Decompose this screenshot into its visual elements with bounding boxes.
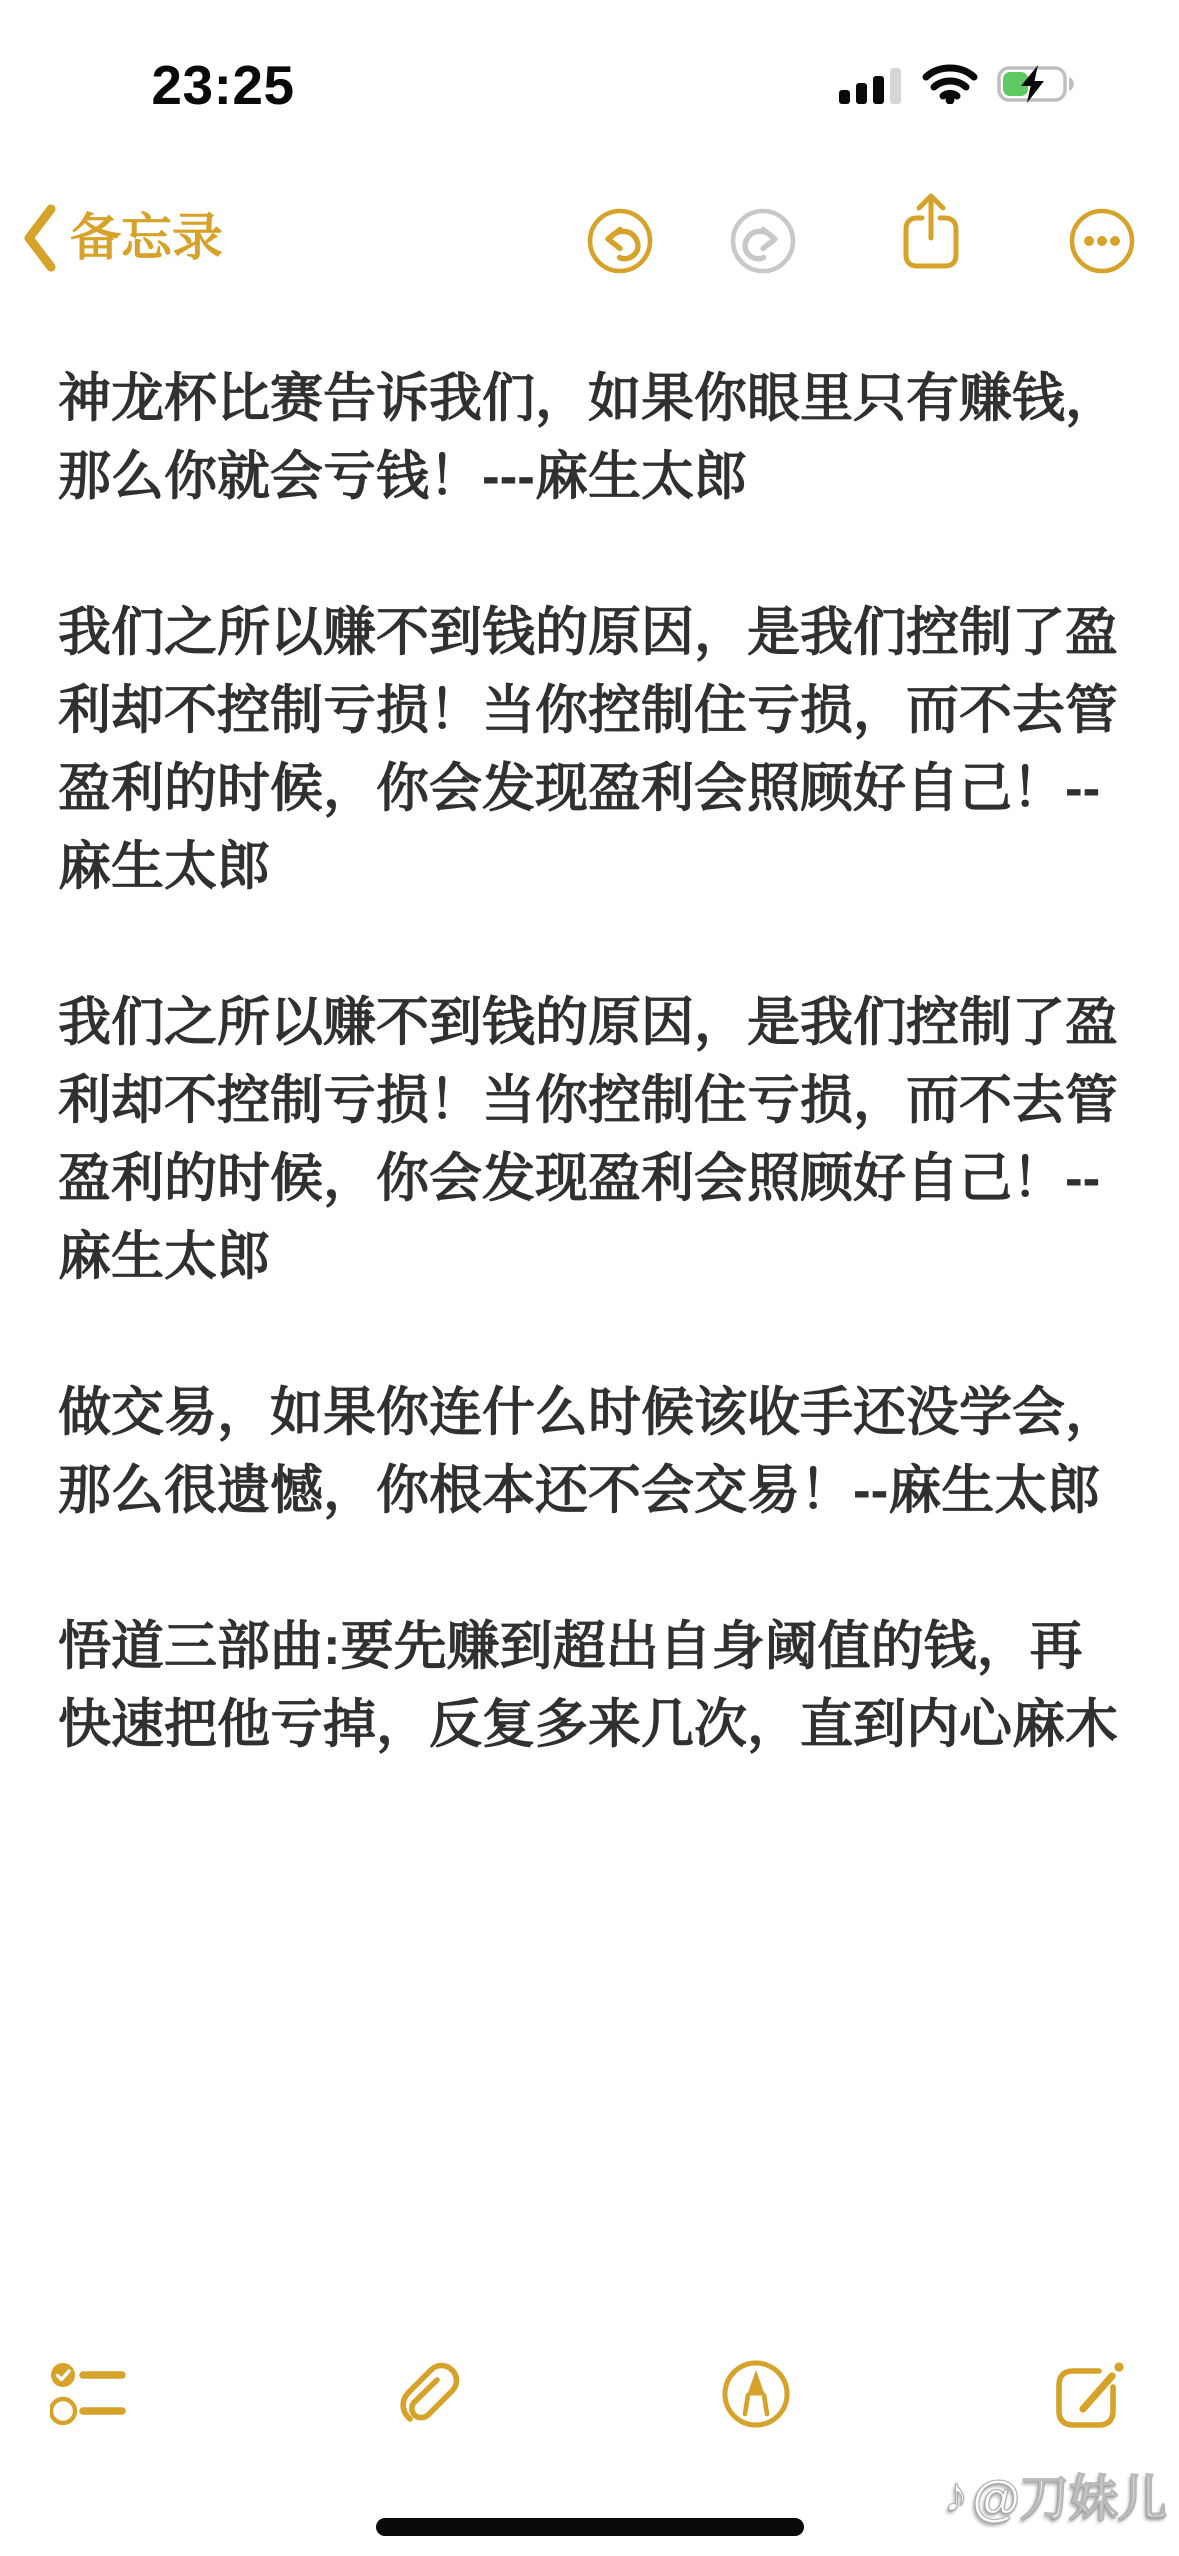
attachment-button[interactable]: [385, 2355, 463, 2433]
note-paragraph: 我们之所以赚不到钱的原因，是我们控制了盈 利却不控制亏损！当你控制住亏损，而不去…: [58, 594, 1149, 906]
note-text-line: 我们之所以赚不到钱的原因，是我们控制了盈: [58, 984, 1149, 1062]
music-note-icon: ♪: [944, 2467, 969, 2523]
note-paragraph: 神龙杯比赛告诉我们，如果你眼里只有赚钱， 那么你就会亏钱！---麻生太郎: [58, 360, 1149, 516]
watermark-text: @刀妹儿: [972, 2460, 1167, 2530]
note-paragraph: 我们之所以赚不到钱的原因，是我们控制了盈 利却不控制亏损！当你控制住亏损，而不去…: [58, 984, 1149, 1296]
note-text-line: 做交易，如果你连什么时候该收手还没学会，: [58, 1374, 1149, 1452]
note-text-line: 那么你就会亏钱！---麻生太郎: [58, 438, 1149, 516]
notes-app-screen: 23:25: [0, 0, 1179, 2556]
share-icon: [898, 190, 964, 274]
status-icons: [839, 62, 1081, 104]
note-editor[interactable]: 神龙杯比赛告诉我们，如果你眼里只有赚钱， 那么你就会亏钱！---麻生太郎 我们之…: [58, 360, 1149, 2328]
more-button[interactable]: [1066, 205, 1138, 277]
more-ellipsis-icon: [1066, 205, 1138, 277]
note-text-line: 麻生太郎: [58, 1218, 1149, 1296]
cellular-signal-icon: [839, 64, 903, 104]
back-button-label: 备忘录: [70, 198, 223, 278]
share-button[interactable]: [898, 190, 964, 274]
status-time: 23:25: [150, 56, 296, 114]
note-text-line: 我们之所以赚不到钱的原因，是我们控制了盈: [58, 594, 1149, 672]
note-text-line: 悟道三部曲:要先赚到超出自身阈值的钱，再: [58, 1608, 1149, 1686]
home-indicator[interactable]: [376, 2518, 804, 2536]
note-paragraph: 悟道三部曲:要先赚到超出自身阈值的钱，再 快速把他亏掉，反复多来几次，直到内心麻…: [58, 1608, 1149, 1764]
wifi-icon: [922, 64, 978, 104]
note-text-line: 神龙杯比赛告诉我们，如果你眼里只有赚钱，: [58, 360, 1149, 438]
note-text-line: 盈利的时候，你会发现盈利会照顾好自己！--: [58, 1140, 1149, 1218]
back-button[interactable]: 备忘录: [20, 198, 223, 278]
note-text-line: 利却不控制亏损！当你控制住亏损，而不去管: [58, 672, 1149, 750]
markup-pen-icon: [718, 2356, 794, 2432]
battery-charging-icon: [997, 64, 1081, 104]
note-text-line: 麻生太郎: [58, 828, 1149, 906]
paperclip-icon: [385, 2355, 463, 2433]
redo-icon: [727, 205, 799, 277]
note-text-line: 盈利的时候，你会发现盈利会照顾好自己！--: [58, 750, 1149, 828]
compose-icon: [1049, 2351, 1135, 2437]
markup-button[interactable]: [718, 2356, 794, 2432]
note-text-line: 快速把他亏掉，反复多来几次，直到内心麻木: [58, 1686, 1149, 1764]
note-text-line: 利却不控制亏损！当你控制住亏损，而不去管: [58, 1062, 1149, 1140]
note-text-line: 那么很遗憾，你根本还不会交易！--麻生太郎: [58, 1452, 1149, 1530]
watermark: ♪ @刀妹儿: [944, 2460, 1167, 2530]
note-paragraph: 做交易，如果你连什么时候该收手还没学会， 那么很遗憾，你根本还不会交易！--麻生…: [58, 1374, 1149, 1530]
checklist-icon: [50, 2358, 130, 2430]
undo-button[interactable]: [584, 205, 656, 277]
checklist-button[interactable]: [50, 2358, 130, 2430]
bottom-toolbar: [0, 2348, 1179, 2440]
back-chevron-icon: [20, 203, 58, 273]
compose-button[interactable]: [1049, 2351, 1135, 2437]
redo-button[interactable]: [727, 205, 799, 277]
undo-icon: [584, 205, 656, 277]
